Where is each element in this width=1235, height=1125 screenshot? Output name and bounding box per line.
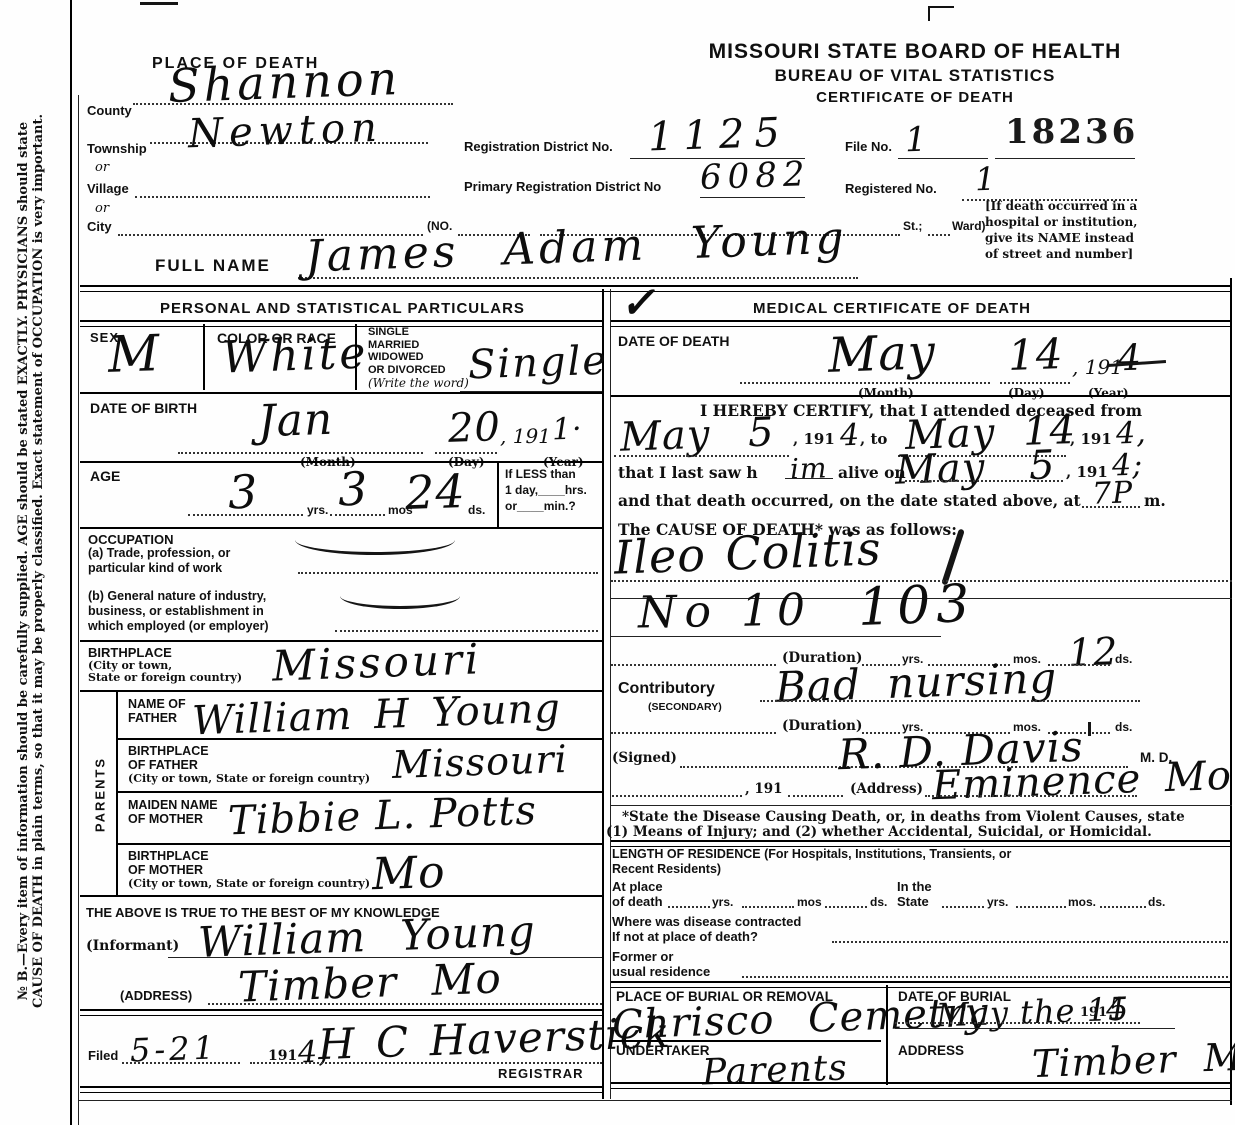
informant-address-label: (ADDRESS) xyxy=(120,988,192,1003)
registered-no-label: Registered No. xyxy=(845,181,937,196)
margin-note-line2: CAUSE OF DEATH in plain terms, so that i… xyxy=(31,11,46,1111)
occ-b-line3: which employed (or employer) xyxy=(88,619,269,633)
duration2-lead-line xyxy=(611,732,776,734)
at-place-label2: of death xyxy=(612,894,663,909)
informant-address-line xyxy=(208,1003,602,1005)
hospital-note-line: hospital or institution, xyxy=(985,214,1140,230)
footnote-line1: *State the Disease Causing Death, or, in… xyxy=(622,809,1185,825)
age-ds-caption: ds. xyxy=(468,503,485,517)
village-label: Village xyxy=(87,181,129,196)
stamp-line xyxy=(995,158,1135,159)
dob-label: DATE OF BIRTH xyxy=(90,400,197,416)
st-line xyxy=(928,234,950,236)
father-name-label2: FATHER xyxy=(128,711,177,725)
village-line xyxy=(135,196,430,198)
mother-name-label1: MAIDEN NAME xyxy=(128,798,218,812)
or-label-1: or xyxy=(95,160,109,175)
attended-from-value: May 5 xyxy=(619,409,775,460)
dob-month-value: Jan xyxy=(257,394,334,448)
burial-date-line xyxy=(895,1022,1140,1024)
cause-stamp-code: 103 xyxy=(857,574,976,638)
duration1-ds-value: 12 xyxy=(1067,629,1119,675)
him-line xyxy=(785,478,833,479)
margin-pen-mark xyxy=(84,982,92,1006)
age-days-value: 24 xyxy=(404,464,466,520)
ward-label: Ward) xyxy=(952,219,986,233)
pen-stroke xyxy=(340,596,460,609)
undertaker-address-value: Timber Mo xyxy=(1031,1034,1235,1086)
race-marital-divider xyxy=(355,324,357,390)
contributory-line xyxy=(760,700,1140,702)
burial-place-line xyxy=(611,1040,881,1042)
occupation-label: OCCUPATION xyxy=(88,532,173,547)
res-ds-line xyxy=(825,906,867,908)
father-name-label1: NAME OF xyxy=(128,697,186,711)
former-label1: Former or xyxy=(612,949,673,964)
father-bp-label1: BIRTHPLACE xyxy=(128,744,209,758)
last-saw-line xyxy=(905,480,1063,482)
marital-value: Single xyxy=(467,338,609,389)
address2-value: Eminence Mo xyxy=(931,753,1232,809)
columns-top-rule xyxy=(80,285,1232,292)
dod-day-caption: (Day) xyxy=(1008,386,1045,400)
sex-row-rule xyxy=(80,392,602,394)
left-border-outer xyxy=(70,0,72,1125)
marital-write-note: (Write the word) xyxy=(368,376,469,390)
attended-from-line xyxy=(614,455,789,457)
hospital-note-line: of street and number] xyxy=(985,246,1140,262)
undertaker-label: UNDERTAKER xyxy=(616,1043,710,1058)
county-label: County xyxy=(87,103,132,118)
dod-month-caption: (Month) xyxy=(858,386,914,400)
duration2-ds: ds. xyxy=(1115,720,1132,734)
dob-day-value: 20 xyxy=(447,404,501,452)
in-the-label1: In the xyxy=(897,879,932,894)
hospital-note-line: [If death occurred in a xyxy=(985,198,1140,214)
state-ds-line xyxy=(1100,906,1146,908)
dod-year-printed: , 191 xyxy=(1072,355,1123,379)
marital-option: MARRIED xyxy=(368,339,446,352)
primary-district-value: 6082 xyxy=(699,154,811,198)
state-mos: mos. xyxy=(1068,895,1096,909)
occ-a-line1: (a) Trade, profession, or xyxy=(88,546,230,560)
occ-b-line xyxy=(335,630,598,632)
occurred-time-line xyxy=(1082,506,1140,508)
less-than-note: If LESS than 1 day,____hrs. or____min.? xyxy=(505,466,587,514)
father-name-value: William H Young xyxy=(191,686,561,745)
burial-date-line2 xyxy=(895,1028,1175,1029)
dod-month-value: May xyxy=(827,324,937,384)
age-cell-divider xyxy=(497,461,499,527)
sex-value: M xyxy=(107,324,161,384)
signed-label: (Signed) xyxy=(612,750,677,766)
marital-option: WIDOWED xyxy=(368,351,446,364)
undertaker-address-label: ADDRESS xyxy=(898,1043,964,1058)
marital-option: OR DIVORCED xyxy=(368,364,446,377)
pen-stroke xyxy=(295,540,455,555)
registration-district-label: Registration District No. xyxy=(464,139,613,154)
marital-status-options: SINGLE MARRIED WIDOWED OR DIVORCED xyxy=(368,326,446,376)
duration1-lead-line xyxy=(611,664,776,666)
registration-district-value: 1125 xyxy=(647,110,790,161)
race-value: White xyxy=(221,327,369,383)
sex-race-divider xyxy=(203,324,205,390)
dod-day-value: 14 xyxy=(1007,329,1064,380)
footnote-top-line xyxy=(611,805,1232,806)
residence-bottom-rule xyxy=(611,981,1232,988)
margin-instructions: № B.—Every item of information should be… xyxy=(16,11,58,1111)
mother-name-value: Tibbie L. Potts xyxy=(227,788,537,845)
registered-no-value: 1 xyxy=(974,160,997,199)
attended-to-191: , 191 xyxy=(1070,430,1112,448)
occurred-m: m. xyxy=(1144,491,1166,510)
registrar-line xyxy=(250,1062,602,1064)
duration1-ds: ds. xyxy=(1115,652,1132,666)
or-label-2: or xyxy=(95,201,109,216)
age-months-value: 3 xyxy=(337,461,369,516)
top-edge-mark xyxy=(140,2,178,5)
hospital-note-line: give its NAME instead xyxy=(985,230,1140,246)
cause-value: Ileo Colitis xyxy=(613,521,882,584)
at-place-label1: At place xyxy=(612,879,663,894)
burial-cell-divider xyxy=(886,985,888,1085)
right-bottom-rule xyxy=(611,1082,1232,1089)
sign-date-line xyxy=(612,795,742,797)
pen-stroke xyxy=(1088,722,1091,736)
age-years-value: 3 xyxy=(227,464,259,519)
personal-section-title: PERSONAL AND STATISTICAL PARTICULARS xyxy=(85,300,600,317)
informant-label: (Informant) xyxy=(86,938,179,954)
township-label: Township xyxy=(87,141,147,156)
county-value: Shannon xyxy=(167,51,402,113)
dod-label: DATE OF DEATH xyxy=(618,333,729,349)
residence-title1: LENGTH OF RESIDENCE (For Hospitals, Inst… xyxy=(612,847,1011,861)
mother-name-rule xyxy=(116,843,602,845)
father-bp-label2: OF FATHER xyxy=(128,758,198,772)
board-title: MISSOURI STATE BOARD OF HEALTH xyxy=(660,40,1170,64)
last-saw-value: May 5 xyxy=(894,442,1056,494)
state-mos-line xyxy=(1016,906,1066,908)
contributory-label: Contributory xyxy=(618,680,715,698)
dob-year-printed: , 191 xyxy=(500,424,551,448)
file-no-value: 1 xyxy=(904,120,928,161)
father-bp-cap: (City or town, State or foreign country) xyxy=(128,772,370,785)
full-name-value: James Adam Young xyxy=(304,213,848,283)
registrar-label: REGISTRAR xyxy=(498,1066,584,1081)
filed-date-line xyxy=(122,1062,240,1064)
dod-row-rule xyxy=(611,395,1232,397)
father-bp-value: Missouri xyxy=(391,737,568,787)
attended-to-year-suffix: 4, xyxy=(1115,415,1147,451)
primary-district-label: Primary Registration District No xyxy=(464,179,661,194)
state-yrs-line xyxy=(942,906,984,908)
margin-note-line1: № B.—Every item of information should be… xyxy=(16,11,31,1111)
left-bottom-rule xyxy=(80,1086,602,1093)
column-divider-b xyxy=(610,289,611,1099)
state-ds: ds. xyxy=(1148,895,1165,909)
contributory-value: Bad nursing xyxy=(774,653,1058,712)
cause-stamp-no: No 10 xyxy=(638,584,814,638)
mother-bp-label2: OF MOTHER xyxy=(128,863,203,877)
parents-label: PARENTS xyxy=(93,735,108,855)
res-yrs-line xyxy=(668,906,710,908)
res-mos: mos xyxy=(797,895,822,909)
bureau-title: BUREAU OF VITAL STATISTICS xyxy=(660,66,1170,86)
dod-day-line xyxy=(1000,382,1070,384)
burial-date-191: 191 xyxy=(1080,1005,1107,1020)
page-bottom-line xyxy=(78,1100,1232,1101)
filed-label: Filed xyxy=(88,1048,118,1063)
duration1-ds-line xyxy=(1048,664,1110,666)
mother-name-label2: OF MOTHER xyxy=(128,812,203,826)
dod-year-suffix: 4 xyxy=(1117,338,1142,380)
mother-bp-label1: BIRTHPLACE xyxy=(128,849,209,863)
occ-a-line xyxy=(298,572,598,574)
medical-section-title: MEDICAL CERTIFICATE OF DEATH xyxy=(612,300,1172,317)
marital-option: SINGLE xyxy=(368,326,446,339)
parents-bottom-rule xyxy=(80,895,602,897)
less-than-line: 1 day,____hrs. xyxy=(505,482,587,498)
mother-bp-value: Mo xyxy=(371,847,446,901)
age-yrs-caption: yrs. xyxy=(307,503,328,517)
res-mos-line xyxy=(742,906,794,908)
corner-mark xyxy=(928,6,954,21)
contracted-line xyxy=(832,941,1228,943)
file-number-stamp: 18236 xyxy=(1005,112,1138,152)
attended-from-191: , 191 xyxy=(793,430,835,448)
st-label: St.; xyxy=(903,219,922,233)
sign-date-line2 xyxy=(788,795,843,797)
full-name-label: FULL NAME xyxy=(155,256,271,276)
former-line xyxy=(742,976,1228,978)
left-border-inner xyxy=(78,95,79,1125)
attended-from-year-suffix: 4 xyxy=(839,418,860,454)
dod-year-caption: (Year) xyxy=(1088,386,1129,400)
birthplace-cap2: State or foreign country) xyxy=(88,671,242,684)
last-saw-him: im xyxy=(789,451,828,485)
certificate-title: CERTIFICATE OF DEATH xyxy=(660,89,1170,106)
state-yrs: yrs. xyxy=(987,895,1008,909)
birthplace-value: Missouri xyxy=(271,634,482,690)
township-value: Newton xyxy=(187,105,383,158)
city-label: City xyxy=(87,219,112,234)
file-no-label: File No. xyxy=(845,139,892,154)
dob-month-line xyxy=(178,452,423,454)
occ-b-line2: business, or establishment in xyxy=(88,604,264,618)
less-than-line: If LESS than xyxy=(505,466,587,482)
column-divider-a xyxy=(602,289,604,1099)
footnote-line2: (1) Means of Injury; and (2) whether Acc… xyxy=(606,824,1152,840)
in-the-label2: State xyxy=(897,894,929,909)
hospital-note: [If death occurred in a hospital or inst… xyxy=(985,198,1140,262)
footnote-bottom-rule xyxy=(611,840,1232,847)
birthplace-label: BIRTHPLACE xyxy=(88,645,172,660)
less-than-line: or____min.? xyxy=(505,498,587,514)
age-label: AGE xyxy=(90,468,120,484)
former-label2: usual residence xyxy=(612,964,710,979)
age-row-rule xyxy=(80,527,602,529)
mother-bp-cap: (City or town, State or foreign country) xyxy=(128,877,370,890)
occ-a-line2: particular kind of work xyxy=(88,561,222,575)
occurred-line: and that death occurred, on the date sta… xyxy=(618,491,1081,510)
sign-date-191: , 191 xyxy=(745,781,783,797)
dob-day-line xyxy=(435,452,497,454)
death-certificate-scan: № B.—Every item of information should be… xyxy=(0,0,1235,1125)
res-ds: ds. xyxy=(870,895,887,909)
occ-b-line1: (b) General nature of industry, xyxy=(88,589,266,603)
secondary-label: (SECONDARY) xyxy=(648,701,722,713)
address2-line xyxy=(925,795,1137,797)
last-saw-pre: that I last saw h xyxy=(618,463,758,482)
to-label: , to xyxy=(860,430,887,448)
res-yrs: yrs. xyxy=(712,895,733,909)
stamp-bottom-line xyxy=(611,636,941,637)
contracted-label2: If not at place of death? xyxy=(612,929,758,944)
contracted-label1: Where was disease contracted xyxy=(612,914,801,929)
dob-year-suffix: 1· xyxy=(551,411,583,447)
address2-label: (Address) xyxy=(850,781,923,797)
residence-title2: Recent Residents) xyxy=(612,862,721,876)
